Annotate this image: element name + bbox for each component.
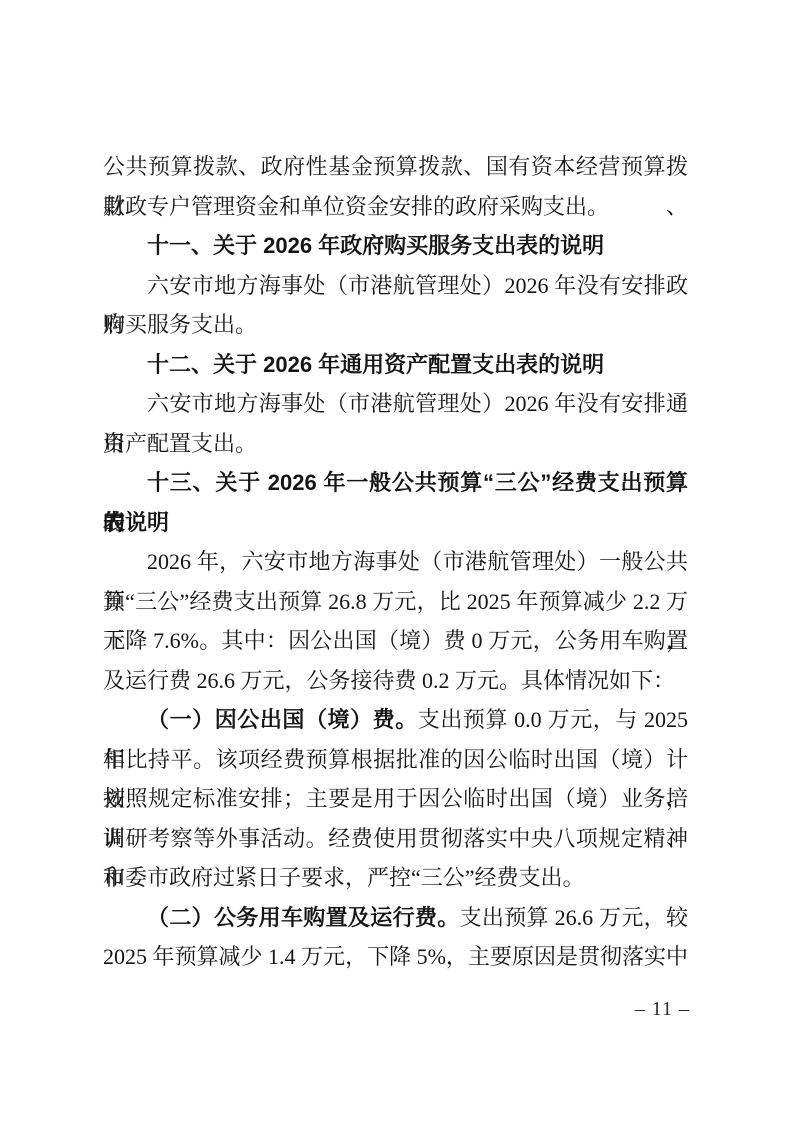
bold-run-item-1: （一）因公出国（境）费。: [147, 707, 418, 732]
paragraph-line: 及运行费 26.6 万元，公务接待费 0.2 万元。具体情况如下：: [103, 661, 688, 701]
section-heading-13-cont: 的说明: [103, 503, 688, 543]
paragraph-line: 下降 7.6%。其中：因公出国（境）费 0 万元，公务用车购置: [103, 621, 688, 661]
section-heading-11: 十一、关于 2026 年政府购买服务支出表的说明: [103, 226, 688, 266]
page-text-block: 公共预算拨款、政府性基金预算拨款、国有资本经营预算拨款、 财政专户管理资金和单位…: [103, 147, 688, 977]
paragraph-line: 2025 年预算减少 1.4 万元，下降 5%，主要原因是贯彻落实中: [103, 937, 688, 977]
paragraph-line: 调研考察等外事活动。经费使用贯彻落实中央八项规定精神和: [103, 819, 688, 859]
paragraph-line: 市委市政府过紧日子要求，严控“三公”经费支出。: [103, 858, 688, 898]
bold-run-item-2: （二）公务用车购置及运行费。: [147, 905, 460, 930]
paragraph-line: 算“三公”经费支出预算 26.8 万元，比 2025 年预算减少 2.2 万元，: [103, 582, 688, 622]
section-heading-12: 十二、关于 2026 年通用资产配置支出表的说明: [103, 345, 688, 385]
paragraph-line: 六安市地方海事处（市港航管理处）2026 年没有安排通用: [103, 384, 688, 424]
paragraph-line: 相比持平。该项经费预算根据批准的因公临时出国（境）计划，: [103, 740, 688, 780]
paragraph-line: 2026 年，六安市地方海事处（市港航管理处）一般公共预: [103, 542, 688, 582]
document-page: 公共预算拨款、政府性基金预算拨款、国有资本经营预算拨款、 财政专户管理资金和单位…: [0, 0, 793, 1122]
paragraph-line: （二）公务用车购置及运行费。支出预算 26.6 万元，较: [103, 898, 688, 938]
text-run: 支出预算 26.6 万元，较: [460, 905, 688, 930]
paragraph-line: 六安市地方海事处（市港航管理处）2026 年没有安排政府: [103, 266, 688, 306]
paragraph-line: 资产配置支出。: [103, 424, 688, 464]
paragraph-line: （一）因公出国（境）费。支出预算 0.0 万元，与 2025 年: [103, 700, 688, 740]
paragraph-line: 财政专户管理资金和单位资金安排的政府采购支出。: [103, 187, 688, 227]
paragraph-line: 公共预算拨款、政府性基金预算拨款、国有资本经营预算拨款、: [103, 147, 688, 187]
paragraph-line: 按照规定标准安排；主要是用于因公临时出国（境）业务培训、: [103, 779, 688, 819]
section-heading-13: 十三、关于 2026 年一般公共预算“三公”经费支出预算表: [103, 463, 688, 503]
page-number: – 11 –: [635, 998, 690, 1021]
paragraph-line: 购买服务支出。: [103, 305, 688, 345]
